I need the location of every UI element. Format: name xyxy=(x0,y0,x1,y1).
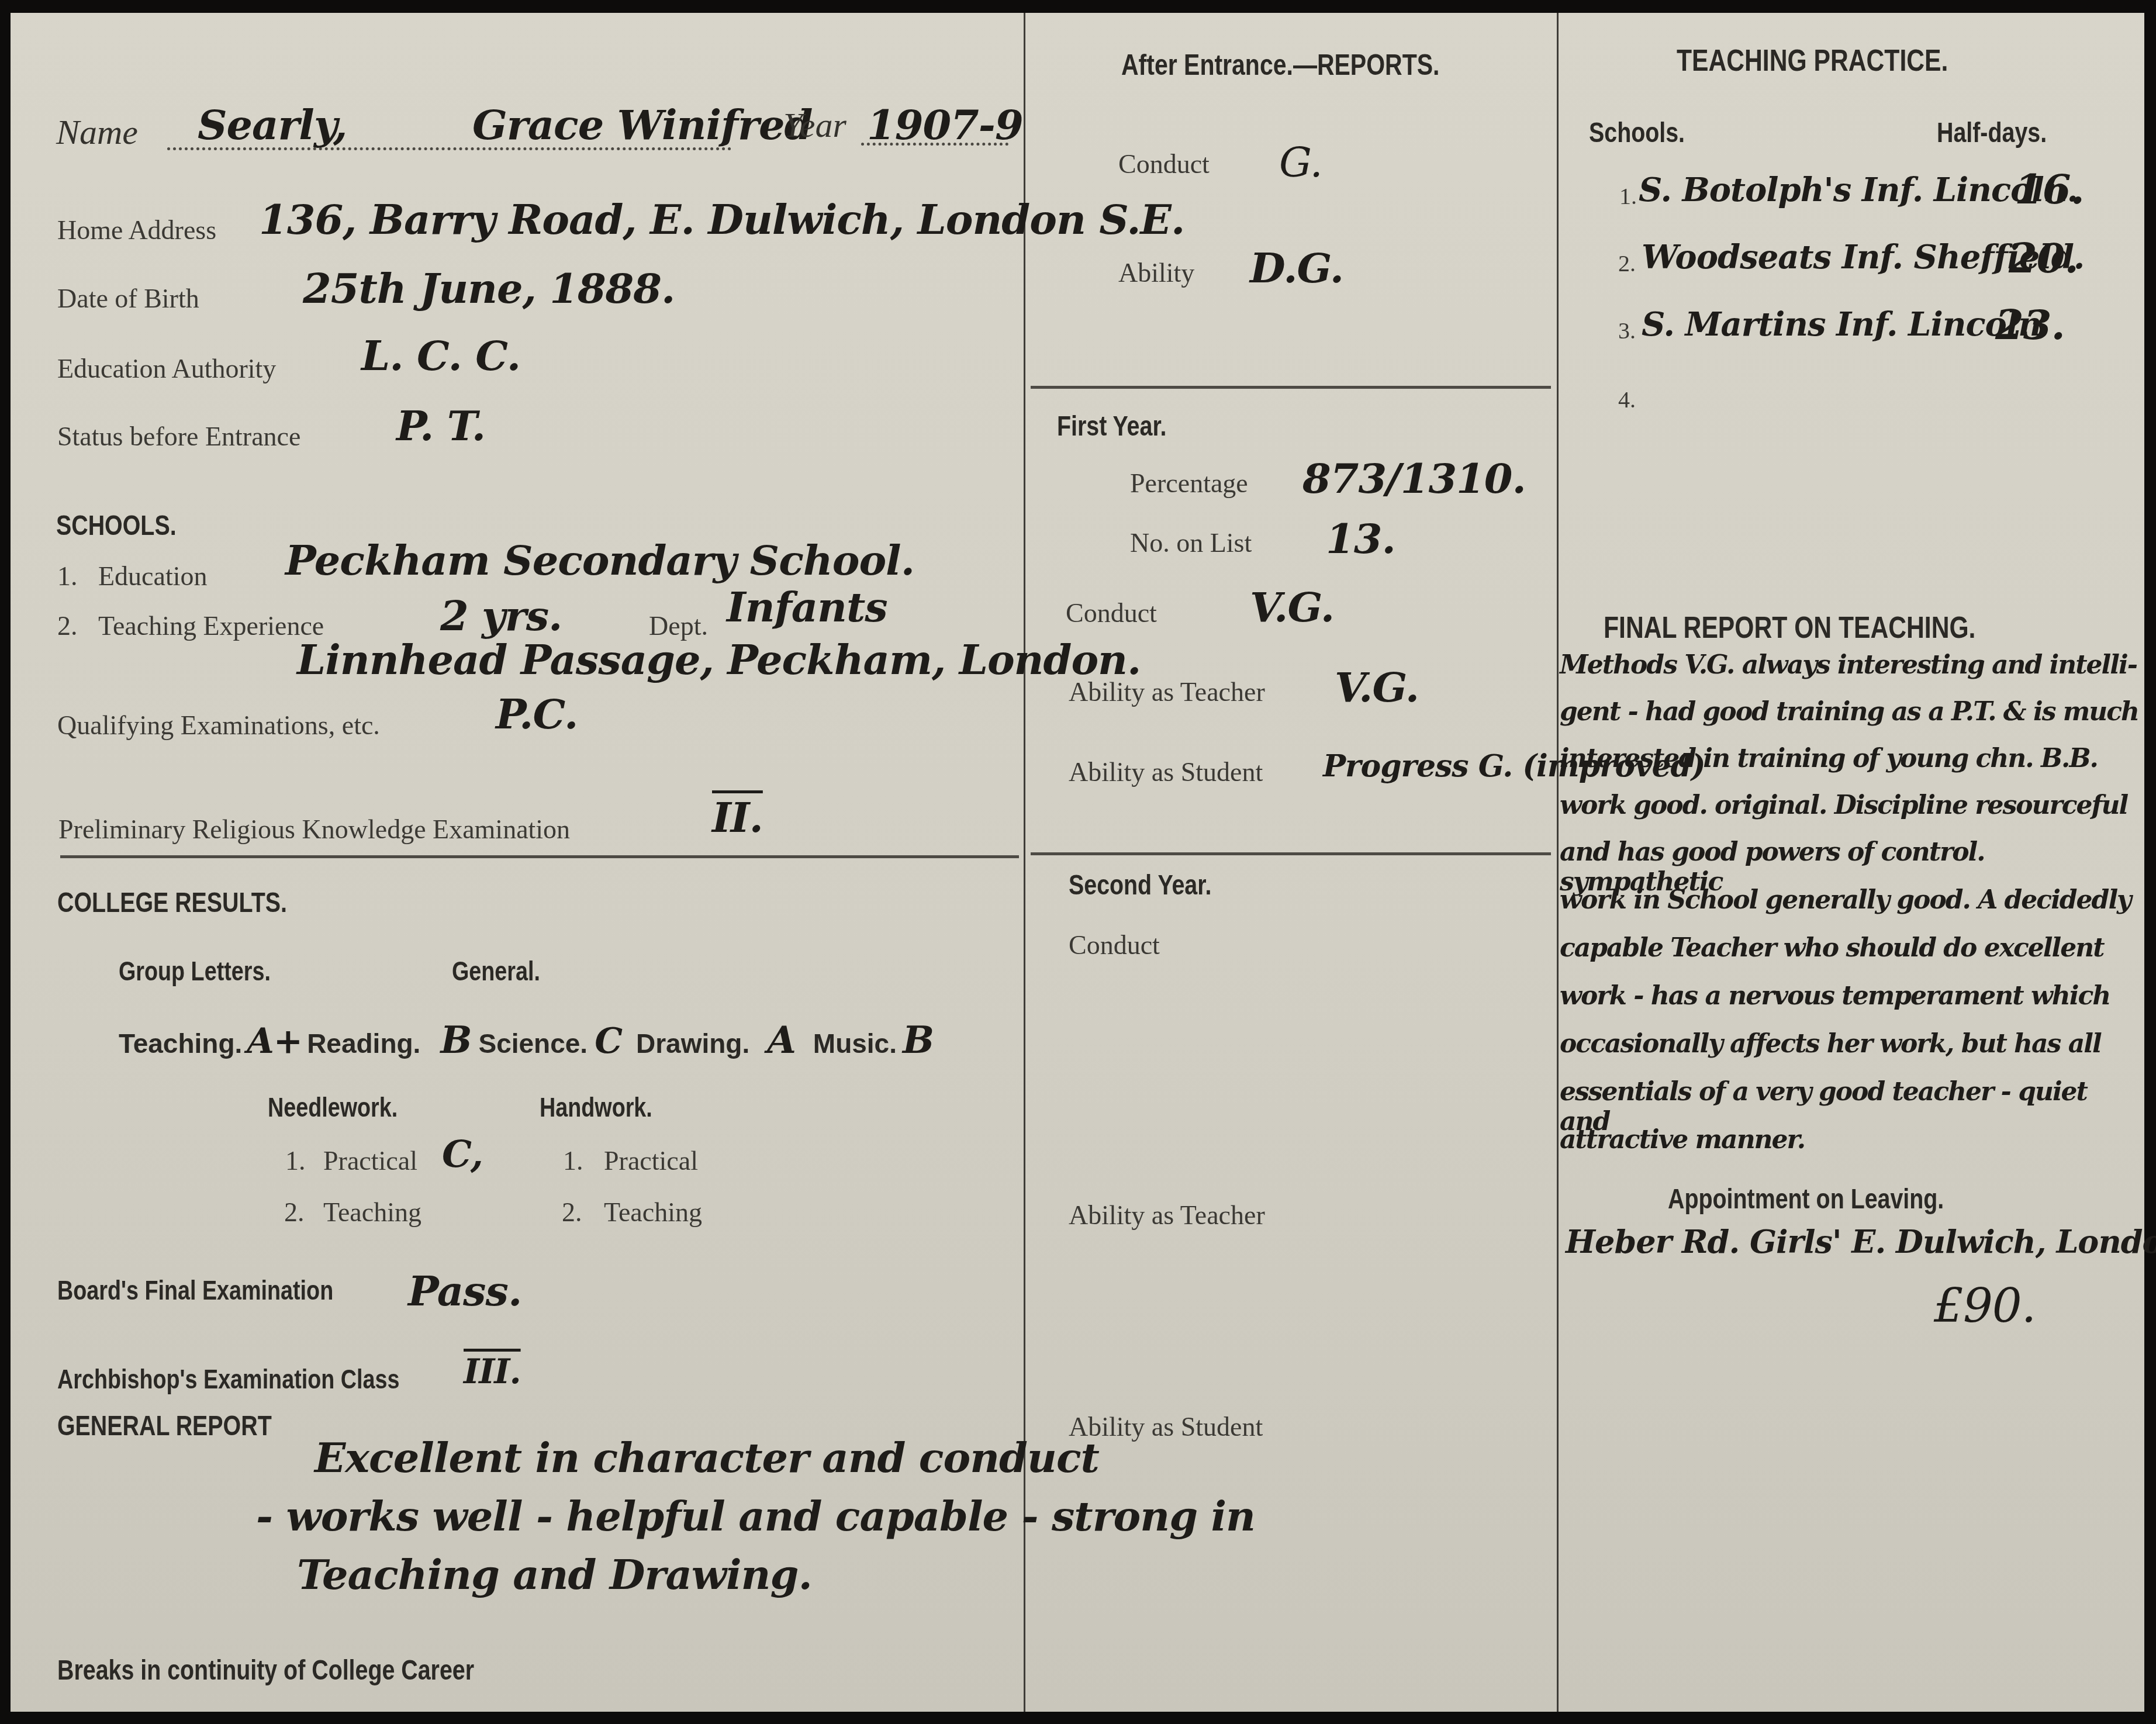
tp-row-2-num: 2. xyxy=(1618,250,1636,277)
general-report-line-2: - works well - helpful and capable - str… xyxy=(256,1492,1255,1540)
tp-row-1-num: 1. xyxy=(1619,182,1637,210)
student-record-card: Name Searly, Grace Winifred Year 1907-9 … xyxy=(11,13,2144,1712)
general-report-line-1: Excellent in character and conduct xyxy=(315,1433,1099,1482)
rule-left-college-results xyxy=(60,855,1019,858)
tp-row-1-halfdays: 16. xyxy=(2015,165,2084,213)
boards-exam-value: Pass. xyxy=(408,1267,521,1315)
final-report-heading: FINAL REPORT ON TEACHING. xyxy=(1604,610,1975,645)
subject-drawing-label: Drawing. xyxy=(636,1028,749,1059)
handwork-practical-num: 1. xyxy=(563,1145,583,1176)
first-year-conduct-value: V.G. xyxy=(1250,583,1334,631)
needlework-teaching-num: 2. xyxy=(284,1197,305,1228)
appointment-place: Heber Rd. Girls' E. Dulwich, London. xyxy=(1566,1223,2156,1260)
schools-heading: SCHOOLS. xyxy=(56,510,177,542)
education-authority-value: L. C. C. xyxy=(361,331,520,380)
general-report-line-3: Teaching and Drawing. xyxy=(297,1550,812,1599)
needlework-teaching-label: Teaching xyxy=(323,1197,421,1228)
needlework-label: Needlework. xyxy=(268,1091,398,1123)
forenames-value: Grace Winifred xyxy=(472,101,812,149)
final-report-line: essentials of a very good teacher - quie… xyxy=(1560,1077,2144,1125)
final-report-line: interested in training of young chn. B.B… xyxy=(1560,744,2144,790)
archbishop-exam-label: Archbishop's Examination Class xyxy=(57,1363,399,1395)
final-report-line: occasionally affects her work, but has a… xyxy=(1560,1029,2144,1077)
breaks-label: Breaks in continuity of College Career xyxy=(57,1654,474,1687)
second-year-conduct-label: Conduct xyxy=(1069,930,1160,961)
handwork-label: Handwork. xyxy=(540,1091,652,1123)
tp-row-1-school: S. Botolph's Inf. Lincoln. xyxy=(1639,171,2078,209)
final-report-line: gent - had good training as a P.T. & is … xyxy=(1560,697,2144,744)
first-year-conduct-label: Conduct xyxy=(1066,597,1157,628)
tp-halfdays-label: Half-days. xyxy=(1937,117,2047,149)
year-value: 1907-9 xyxy=(867,101,1023,149)
final-report-line: attractive manner. xyxy=(1560,1125,2144,1173)
subject-teaching-label: Teaching. xyxy=(119,1028,242,1059)
tp-row-3-num: 3. xyxy=(1618,317,1636,344)
rule-middle-first-year xyxy=(1031,386,1551,389)
tp-row-3-halfdays: 23. xyxy=(1995,300,2065,349)
education-label: Education xyxy=(98,561,208,592)
final-report-line: and has good powers of control. sympathe… xyxy=(1560,837,2144,885)
handwork-teaching-label: Teaching xyxy=(604,1197,702,1228)
subject-music-grade: B xyxy=(903,1018,934,1062)
qualifying-label: Qualifying Examinations, etc. xyxy=(57,710,380,741)
after-entrance-ability-value: D.G. xyxy=(1250,244,1343,292)
first-year-teacher-value: V.G. xyxy=(1335,663,1419,711)
final-report-line: work - has a nervous temperament which xyxy=(1560,981,2144,1029)
dob-value: 25th June, 1888. xyxy=(303,264,675,313)
final-report-line: Methods V.G. always interesting and inte… xyxy=(1560,650,2144,697)
dob-label: Date of Birth xyxy=(57,283,199,314)
experience-label: Teaching Experience xyxy=(98,610,324,641)
appointment-salary: £90. xyxy=(1934,1279,2036,1333)
second-year-heading: Second Year. xyxy=(1069,869,1211,901)
after-entrance-conduct-value: G. xyxy=(1279,139,1322,186)
subject-music-label: Music. xyxy=(813,1028,897,1059)
religious-exam-label: Preliminary Religious Knowledge Examinat… xyxy=(58,814,570,845)
religious-exam-value: II. xyxy=(712,793,763,842)
teaching-practice-heading: TEACHING PRACTICE. xyxy=(1677,43,1948,78)
archbishop-exam-value: III. xyxy=(464,1352,521,1391)
reports-heading: After Entrance.—REPORTS. xyxy=(1121,48,1439,82)
final-report-line: work in School generally good. A decided… xyxy=(1560,885,2144,933)
tp-schools-label: Schools. xyxy=(1589,117,1685,149)
first-year-percentage-value: 873/1310. xyxy=(1302,454,1526,503)
qualifying-value: P.C. xyxy=(496,690,578,738)
needlework-practical-num: 1. xyxy=(285,1145,306,1176)
tp-row-2-halfdays: 20. xyxy=(2009,234,2078,282)
subject-science-grade: C xyxy=(595,1021,622,1062)
education-value: Peckham Secondary School. xyxy=(285,536,914,585)
first-year-list-label: No. on List xyxy=(1130,527,1252,558)
boards-exam-label: Board's Final Examination xyxy=(57,1274,333,1306)
subject-grades-row: Teaching. A+ Reading. B Science. C Drawi… xyxy=(119,1018,934,1062)
education-authority-label: Education Authority xyxy=(57,353,276,384)
general-report-label: GENERAL REPORT xyxy=(57,1410,272,1442)
subject-teaching-grade: A+ xyxy=(247,1021,302,1062)
final-report-line: work good. original. Discipline resource… xyxy=(1560,790,2144,837)
home-address-label: Home Address xyxy=(57,215,216,246)
second-year-student-label: Ability as Student xyxy=(1069,1411,1263,1442)
home-address-value: 136, Barry Road, E. Dulwich, London S.E. xyxy=(259,195,1184,244)
education-num: 1. xyxy=(57,561,78,592)
surname-value: Searly, xyxy=(198,101,347,149)
subject-science-label: Science. xyxy=(478,1028,588,1059)
status-label: Status before Entrance xyxy=(57,421,300,452)
group-letters-label: Group Letters. xyxy=(119,955,271,987)
needlework-practical-label: Practical xyxy=(323,1145,417,1176)
college-results-heading: COLLEGE RESULTS. xyxy=(57,887,287,919)
second-year-teacher-label: Ability as Teacher xyxy=(1069,1200,1265,1231)
rule-middle-second-year xyxy=(1031,852,1551,855)
name-label: Name xyxy=(56,112,138,153)
handwork-teaching-num: 2. xyxy=(562,1197,582,1228)
status-value: P. T. xyxy=(396,402,485,450)
final-report-line: capable Teacher who should do excellent xyxy=(1560,933,2144,981)
needlework-practical-grade: C, xyxy=(442,1132,483,1176)
first-year-heading: First Year. xyxy=(1057,410,1166,443)
tp-row-3-school: S. Martins Inf. Lincoln xyxy=(1642,305,2041,344)
year-label: Year xyxy=(783,105,846,146)
experience-num: 2. xyxy=(57,610,78,641)
handwork-practical-label: Practical xyxy=(604,1145,698,1176)
final-report-body: Methods V.G. always interesting and inte… xyxy=(1560,650,2144,1173)
experience-place: Linnhead Passage, Peckham, London. xyxy=(297,635,1141,684)
appointment-heading: Appointment on Leaving. xyxy=(1668,1183,1944,1215)
subject-reading-grade: B xyxy=(440,1018,471,1062)
first-year-list-value: 13. xyxy=(1326,514,1395,563)
subject-reading-label: Reading. xyxy=(307,1028,420,1059)
after-entrance-conduct-label: Conduct xyxy=(1118,148,1210,179)
first-year-student-label: Ability as Student xyxy=(1069,756,1263,787)
dept-value: Infants xyxy=(727,583,887,631)
first-year-percentage-label: Percentage xyxy=(1130,468,1248,499)
general-label: General. xyxy=(452,955,540,987)
after-entrance-ability-label: Ability xyxy=(1118,257,1194,288)
subject-drawing-grade: A xyxy=(767,1018,796,1062)
column-divider-right xyxy=(1557,13,1559,1712)
experience-value: 2 yrs. xyxy=(440,592,562,640)
first-year-teacher-label: Ability as Teacher xyxy=(1069,676,1265,707)
tp-row-4-num: 4. xyxy=(1618,386,1636,413)
